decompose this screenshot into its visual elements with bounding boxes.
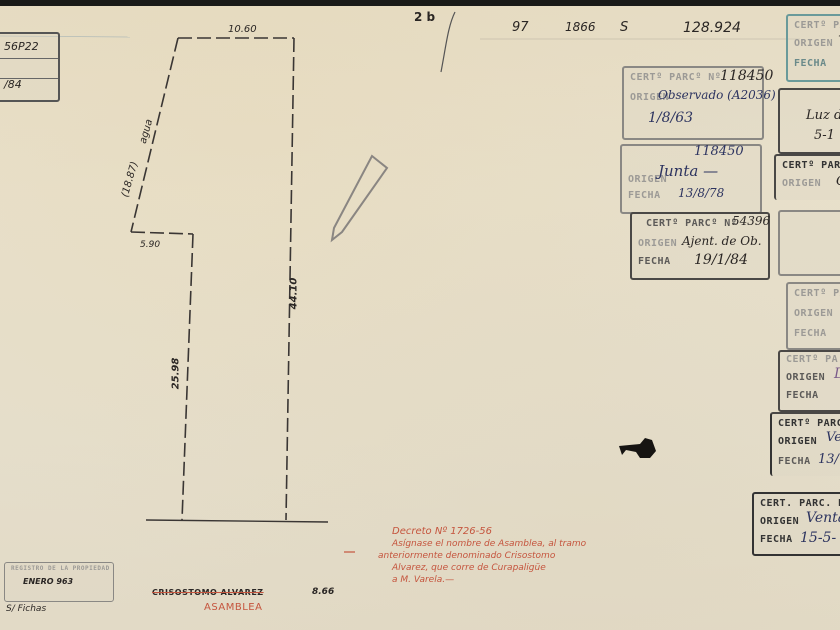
top-left-record-box: 56P22 /84 (0, 32, 60, 102)
stamp-value: Observado (A2036) (658, 88, 776, 102)
number-value: 128.924 (683, 20, 741, 36)
stamp-label: ORIGEN (760, 516, 799, 527)
ink-blot-icon (619, 438, 656, 458)
stamp-label: FECHA (786, 390, 819, 401)
certificate-stamp-3: CERTº PARCº Nº 54396 ORIGEN Ajent. de Ob… (630, 212, 770, 280)
stamp-label: ORIGEN (782, 178, 821, 189)
stamp-label: CERT. PARC. Nº (760, 498, 840, 509)
fichas-note: S/ Fichas (6, 604, 46, 614)
stamp-value: 13/ (818, 452, 839, 467)
folio-value: 97 (512, 20, 529, 35)
stamp-value: 118450 (720, 68, 773, 84)
stamp-label: CERTº PA (794, 288, 840, 299)
stamp-label: FECHA (760, 534, 793, 545)
stamp-value: 118450 (694, 144, 744, 159)
stamp-label: FECHA (628, 190, 661, 201)
certificate-stamp-right-faint (778, 210, 840, 276)
stamp-value: 13/8/78 (678, 186, 724, 200)
dimension-left: 25.98 (170, 358, 181, 390)
decree-line3: anteriormente denominado Crisostomo (378, 550, 572, 562)
decree-note: Decreto Nº 1726-56 Asígnase el nombre de… (392, 526, 586, 586)
stamp-label: FECHA (778, 456, 811, 467)
certificate-stamp-right-2: CERTº PARCº ORIGEN C (774, 154, 840, 200)
decree-line2: Asígnase el nombre de Asamblea, al tramo (392, 538, 586, 550)
stamp-value: 15-5- (800, 530, 836, 546)
certificate-stamp-right-5: CERTº PARCº ORIGEN Ve FECHA 13/ (770, 412, 840, 476)
stamp-value: Venta (806, 510, 840, 526)
top-left-box-line2: /84 (4, 78, 22, 91)
stamp-label: FECHA (638, 256, 671, 267)
stamp-value: C (836, 174, 840, 189)
registry-stamp: REGISTRO DE LA PROPIEDAD ENERO 963 (4, 562, 114, 602)
sheet-mark: 2 b (414, 10, 435, 24)
stamp-value: 54396 (732, 214, 770, 228)
stamp-label: CERTº PA (786, 354, 838, 365)
certificate-stamp-right-6: CERT. PARC. Nº ORIGEN Venta FECHA 15-5- (752, 492, 840, 556)
certificate-stamp-2: 118450 ORIGEN Junta — FECHA 13/8/78 (620, 144, 762, 214)
stamp-label: FECHA (794, 58, 827, 69)
stamp-label: ORIGEN (794, 38, 833, 49)
stamp-label: CERTº PARCº (778, 418, 840, 429)
tomo-value: 1866 (565, 20, 596, 34)
stamp-label: FECHA (794, 328, 827, 339)
letter-value: S (620, 20, 628, 35)
stamp-label: CERTº PARCº Nº (630, 72, 721, 83)
stamp-value: Ajent. de Ob. (682, 234, 762, 248)
stamp-value: 1/8/63 (648, 110, 693, 126)
stamp-label: CERTº PARCº (782, 160, 840, 171)
dimension-right: 44.10 (288, 278, 299, 310)
new-street-name: ASAMBLEA (204, 602, 262, 613)
top-left-box-line1: 56P22 (4, 40, 39, 53)
stamp-value: Luz d (806, 108, 840, 123)
dimension-step: 5.90 (140, 240, 160, 250)
certificate-stamp-right-1: Luz d 5-1 (778, 88, 840, 154)
stamp-value: 5-1 (814, 128, 835, 143)
dimension-top: 10.60 (228, 24, 257, 35)
stamp-label: CERTº PARC (794, 20, 840, 31)
stamp-label: ORIGEN (794, 308, 833, 319)
stamp-label: ORIGEN (786, 372, 825, 383)
stamp-value: Ve (826, 430, 840, 445)
stamp-label: ORIGEN (778, 436, 817, 447)
stamp-label: ORIGEN (638, 238, 677, 249)
registry-stamp-date: ENERO 963 (23, 577, 73, 586)
decree-line4: Alvarez, que corre de Curapaligüe (392, 562, 586, 574)
certificate-stamp-right-3: CERTº PA ORIGEN FECHA (786, 282, 840, 350)
street-distance: 8.66 (312, 587, 334, 597)
stamp-value: D (834, 366, 840, 382)
certificate-stamp-teal: CERTº PARC ORIGEN FECHA V (786, 14, 840, 82)
registry-stamp-header: REGISTRO DE LA PROPIEDAD (11, 565, 110, 572)
document-sheet: 2 b 97 1866 S 128.924 56P22 /84 10.60 (1… (0, 6, 840, 630)
north-arrow-icon (332, 156, 387, 240)
old-street-name: CRISOSTOMO ALVAREZ (152, 588, 264, 597)
certificate-stamp-1: CERTº PARCº Nº 118450 ORIGEN Observado (… (622, 66, 764, 140)
certificate-stamp-right-4: CERTº PA ORIGEN D FECHA (778, 350, 840, 412)
stamp-value: 19/1/84 (694, 252, 748, 268)
stamp-value: Junta — (658, 162, 718, 180)
decree-line5: a M. Varela.— (392, 574, 586, 586)
decree-line1: Decreto Nº 1726-56 (392, 526, 586, 538)
stamp-label: CERTº PARCº Nº (646, 218, 737, 229)
